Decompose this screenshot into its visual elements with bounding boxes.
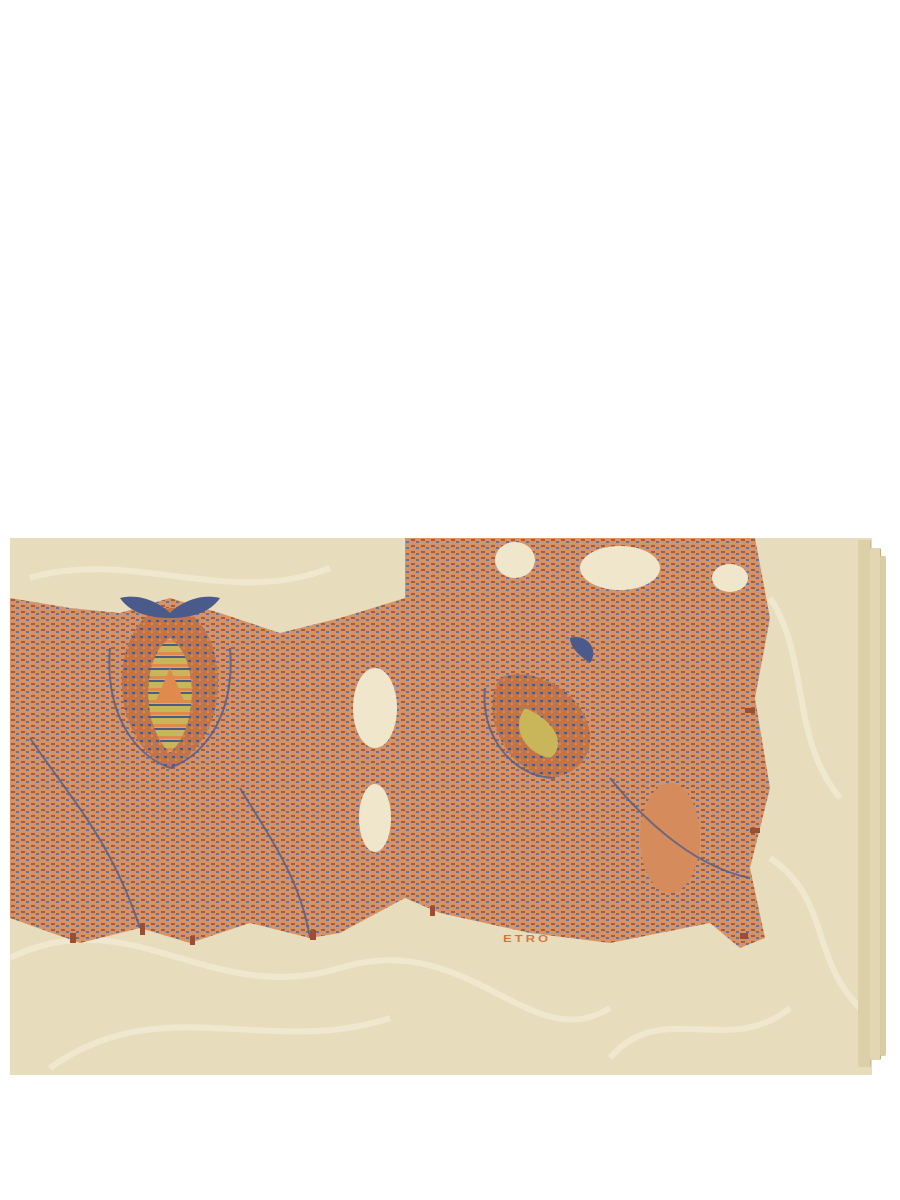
product-photo: ETRO <box>0 0 900 1200</box>
scarf-top-panel <box>10 538 872 1075</box>
scarf-fold-layer <box>880 556 886 1056</box>
paisley-print <box>10 538 872 1075</box>
brand-logo: ETRO <box>503 933 551 944</box>
